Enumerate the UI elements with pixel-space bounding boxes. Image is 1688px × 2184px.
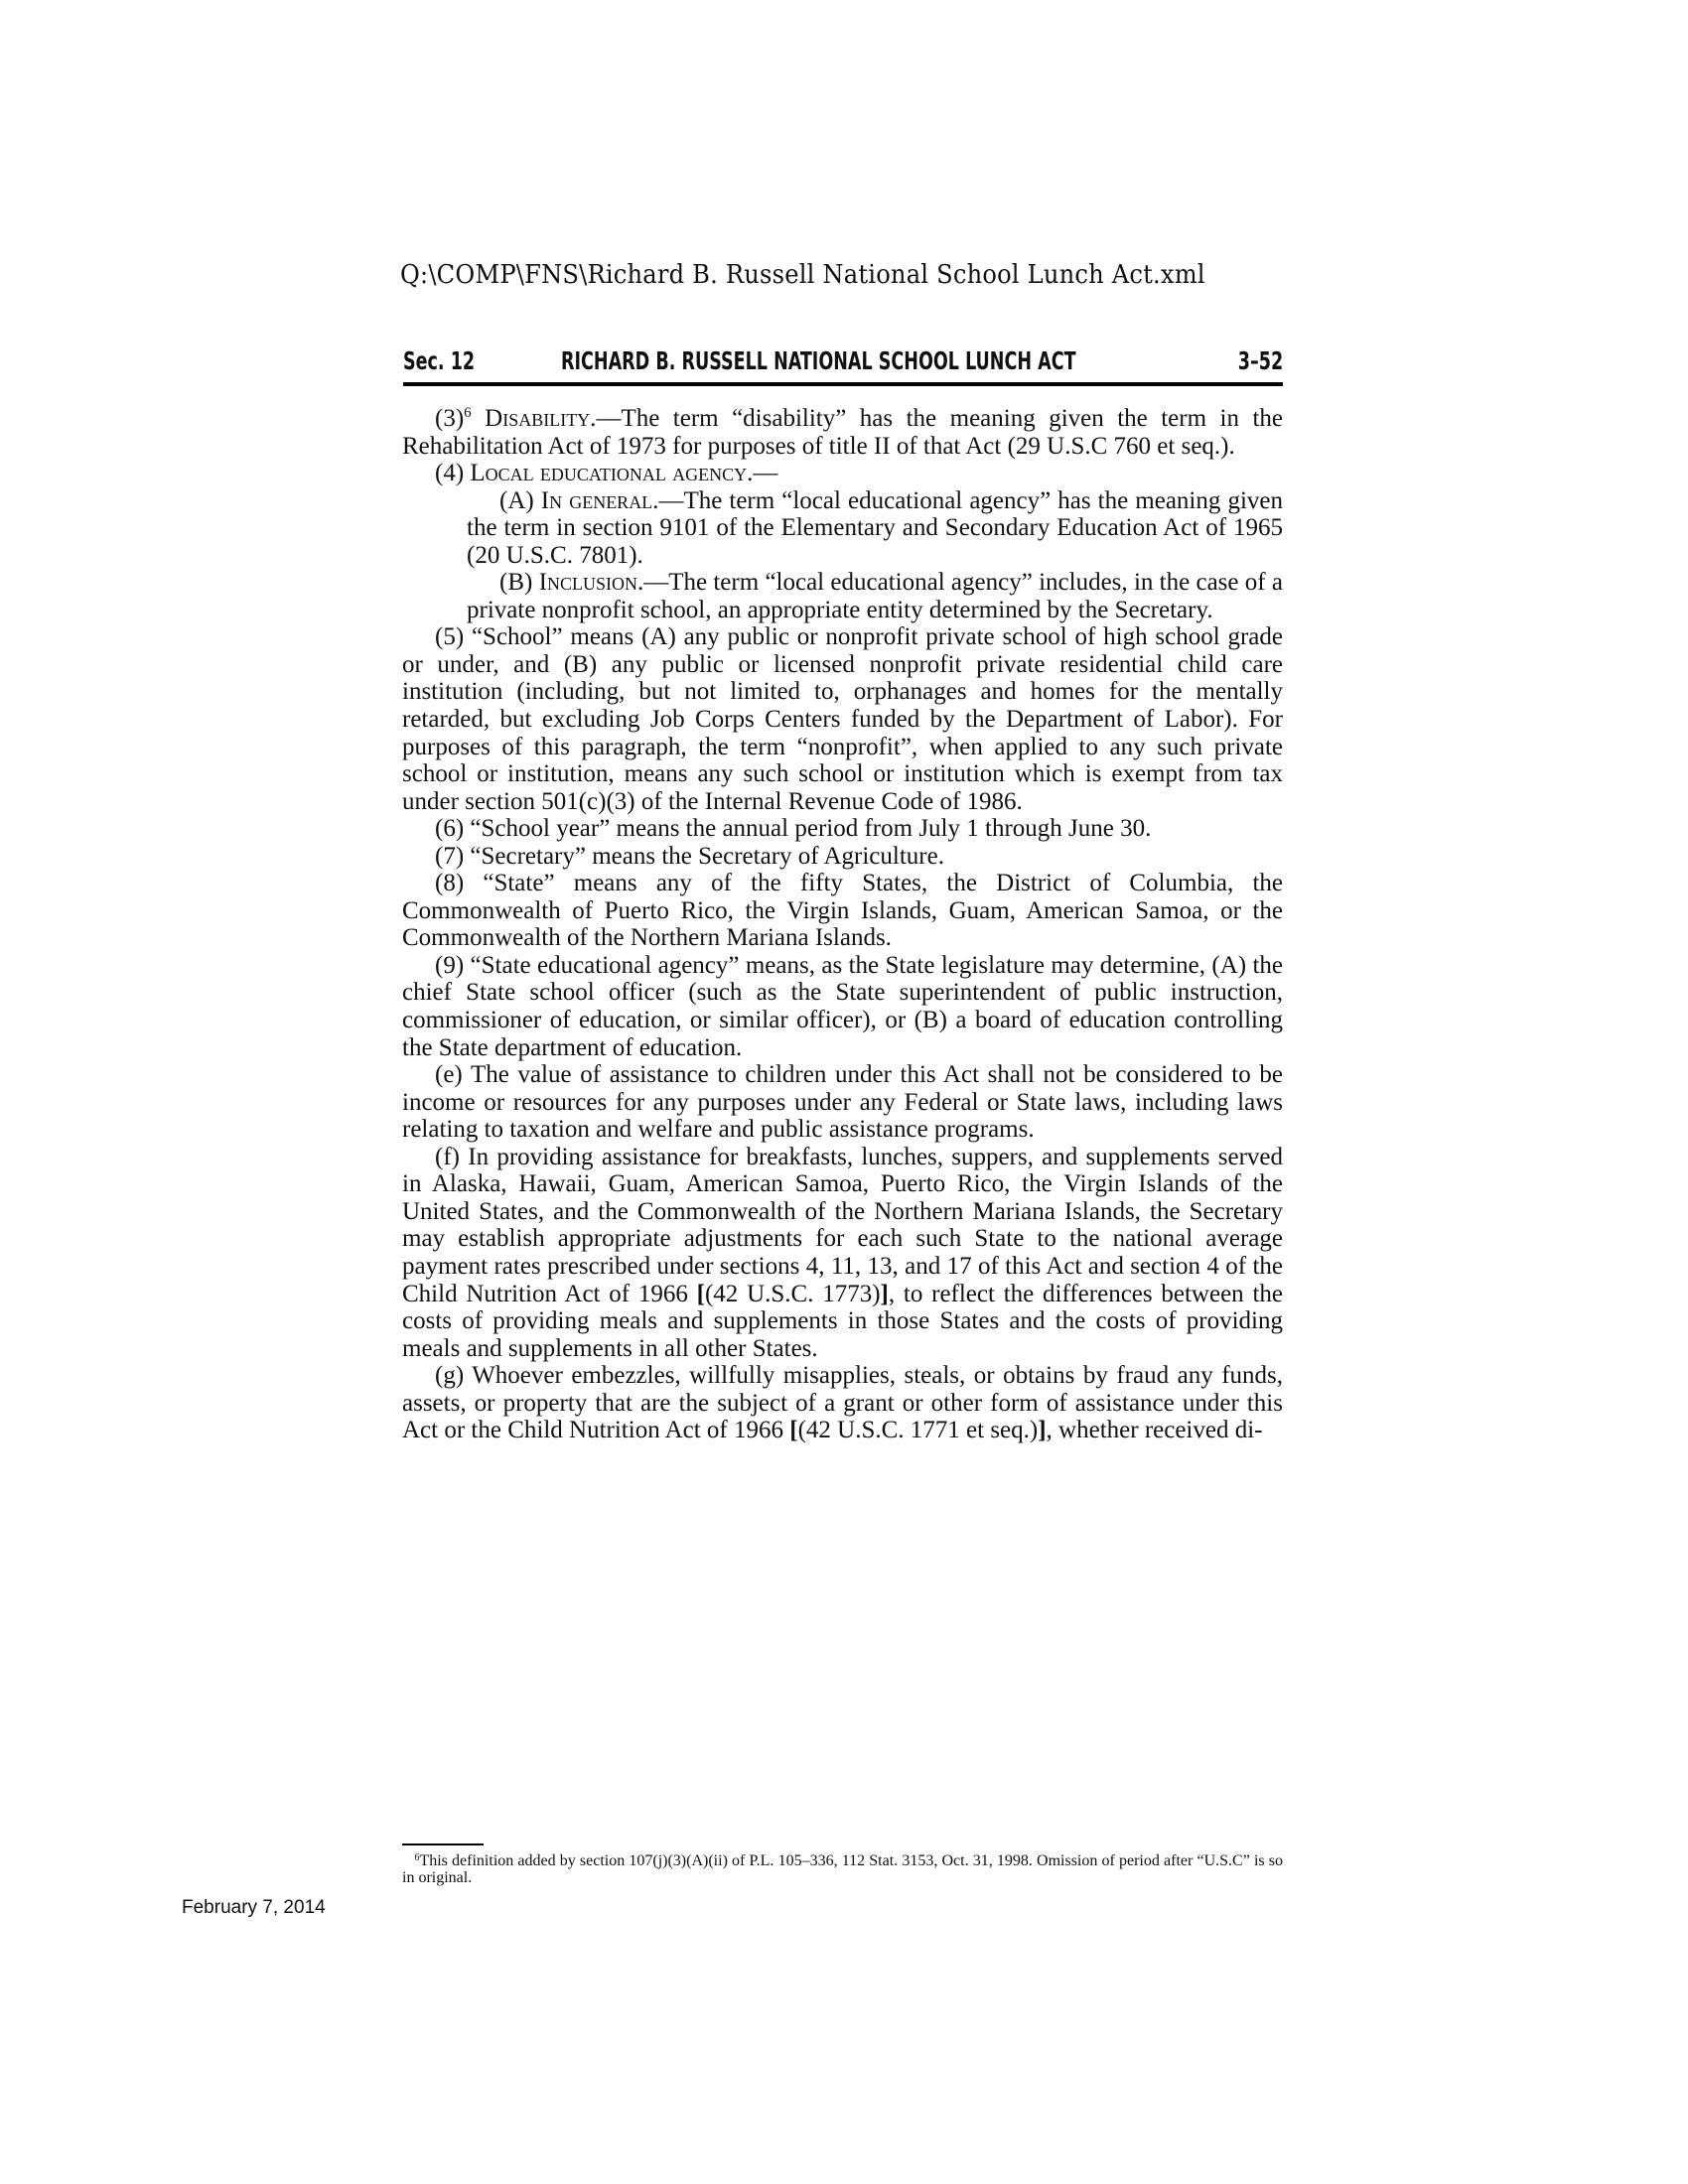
footnote-ref: 6	[464, 405, 472, 421]
bracket-open: [	[789, 1417, 797, 1443]
paragraph-d4a: (A) In general.—The term “local educatio…	[467, 487, 1283, 570]
paragraph-d4b: (B) Inclusion.—The term “local education…	[467, 569, 1283, 623]
paragraph-d5: (5) “School” means (A) any public or non…	[402, 623, 1283, 815]
paragraph-heading: Inclusion.	[539, 569, 644, 596]
bracket-close: ]	[1038, 1417, 1046, 1443]
citation: (42 U.S.C. 1771 et seq.)	[798, 1417, 1039, 1443]
paragraph-heading: Local educational agency.	[470, 460, 753, 486]
print-date: February 7, 2014	[182, 1897, 326, 1919]
header-rule	[403, 382, 1283, 386]
running-head: Sec. 12 RICHARD B. RUSSELL NATIONAL SCHO…	[403, 346, 1283, 380]
paragraph-d6: (6) “School year” means the annual perio…	[402, 815, 1283, 843]
paragraph-number: (3)	[435, 405, 464, 432]
paragraph-d9: (9) “State educational agency” means, as…	[402, 952, 1283, 1061]
paragraph-g: (g) Whoever embezzles, willfully misappl…	[402, 1362, 1283, 1444]
paragraph-number: (4)	[435, 460, 464, 486]
paragraph-text: —	[753, 460, 777, 486]
citation: (42 U.S.C. 1773)	[705, 1281, 881, 1307]
section-number: Sec. 12	[403, 346, 475, 375]
paragraph-number: (A)	[499, 487, 534, 514]
footnote: 6This definition added by section 107(j)…	[402, 1852, 1283, 1886]
bracket-open: [	[697, 1281, 705, 1307]
footnote-text: This definition added by section 107(j)(…	[402, 1852, 1283, 1886]
bracket-close: ]	[881, 1281, 889, 1307]
document-body: (3)6 Disability.—The term “disability” h…	[402, 405, 1283, 1444]
paragraph-heading: In general.	[541, 487, 659, 514]
paragraph-f: (f) In providing assistance for breakfas…	[402, 1144, 1283, 1362]
paragraph-heading: Disability.	[485, 405, 596, 432]
running-title: RICHARD B. RUSSELL NATIONAL SCHOOL LUNCH…	[561, 346, 1076, 375]
paragraph-d4: (4) Local educational agency.—	[402, 460, 1283, 487]
paragraph-number: (B)	[499, 569, 532, 596]
footnote-rule	[402, 1843, 484, 1845]
page-number: 3–52	[1238, 346, 1283, 375]
paragraph-d3: (3)6 Disability.—The term “disability” h…	[402, 405, 1283, 460]
paragraph-d8: (8) “State” means any of the fifty State…	[402, 870, 1283, 952]
paragraph-e: (e) The value of assistance to children …	[402, 1061, 1283, 1144]
paragraph-d7: (7) “Secretary” means the Secretary of A…	[402, 843, 1283, 871]
file-path-header: Q:\COMP\FNS\Richard B. Russell National …	[400, 260, 1221, 290]
paragraph-text: , whether received di-	[1047, 1417, 1263, 1443]
